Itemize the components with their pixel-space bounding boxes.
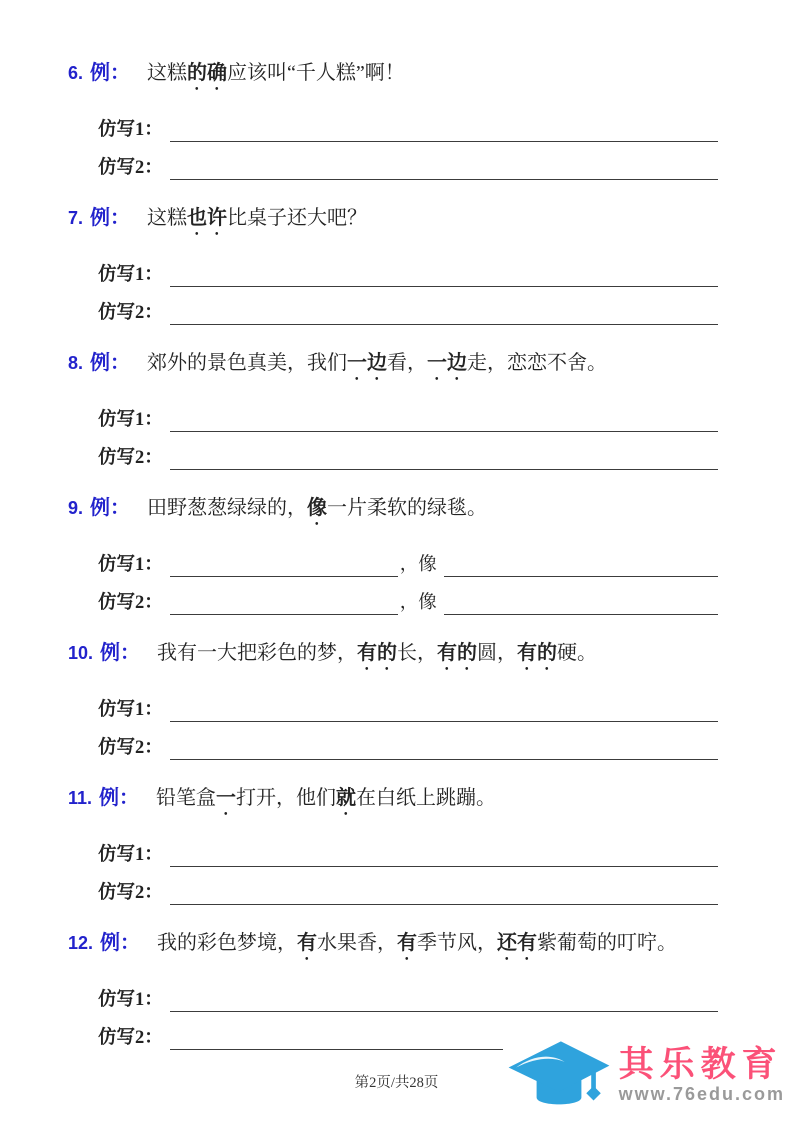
answer-blank[interactable]: [170, 843, 718, 867]
item-number: 9.: [68, 498, 83, 518]
emphasized-text: 像: [307, 497, 327, 519]
graduation-cap-icon: [503, 1032, 615, 1118]
answer-blank[interactable]: [170, 408, 718, 432]
answer-blank[interactable]: [170, 698, 718, 722]
example-sentence: 这糕也许比桌子还大吧？: [147, 207, 367, 229]
imitation-label: 仿写1：: [98, 264, 163, 287]
imitation-row: 仿写1：: [98, 989, 718, 1012]
item-number: 7.: [68, 208, 83, 228]
brand-text: 其乐教育 www.76edu.com: [619, 1046, 785, 1104]
example-label: 例：: [90, 207, 130, 229]
answer-blank[interactable]: [170, 118, 718, 142]
imitation-row: 仿写2：: [98, 882, 718, 905]
example-sentence: 我有一大把彩色的梦，有的长，有的圆，有的硬。: [157, 642, 597, 664]
imitation-label: 仿写2：: [98, 882, 163, 905]
answer-blank[interactable]: [170, 301, 718, 325]
example-heading: 8. 例： 郊外的景色真美，我们一边看，一边走，恋恋不舍。: [68, 349, 718, 385]
sentence-text: 这糕: [147, 62, 187, 84]
answer-blank[interactable]: [170, 988, 718, 1012]
sentence-text: 应该叫“千人糕”啊！: [227, 62, 405, 84]
emphasized-text: 还有: [497, 932, 537, 954]
example-heading: 12. 例： 我的彩色梦境，有水果香，有季节风，还有紫葡萄的叮咛。: [68, 929, 718, 965]
sentence-text: 长，: [397, 642, 437, 664]
exercise-item: 6. 例： 这糕的确应该叫“千人糕”啊！ 仿写1：仿写2：: [0, 50, 793, 195]
item-number: 8.: [68, 353, 83, 373]
sentence-text: 圆，: [477, 642, 517, 664]
example-label: 例：: [90, 497, 130, 519]
exercise-item: 11. 例： 铅笔盒一打开，他们就在白纸上跳蹦。 仿写1：仿写2：: [0, 775, 793, 920]
example-heading: 7. 例： 这糕也许比桌子还大吧？: [68, 204, 718, 240]
sentence-text: 郊外的景色真美，我们: [147, 352, 347, 374]
emphasized-text: 有的: [517, 642, 557, 664]
sentence-text: 比桌子还大吧？: [227, 207, 367, 229]
imitation-rows: 仿写1：仿写2：: [68, 409, 718, 470]
emphasized-text: 就: [336, 787, 356, 809]
exercise-item: 10. 例： 我有一大把彩色的梦，有的长，有的圆，有的硬。 仿写1：仿写2：: [0, 630, 793, 775]
sentence-text: 紫葡萄的叮咛。: [537, 932, 677, 954]
sentence-text: 田野葱葱绿绿的，: [147, 497, 307, 519]
sentence-text: 一片柔软的绿毯。: [327, 497, 487, 519]
item-number: 6.: [68, 63, 83, 83]
imitation-row: 仿写1：: [98, 119, 718, 142]
example-label: 例：: [90, 352, 130, 374]
brand-logo: 其乐教育 www.76edu.com: [503, 1032, 785, 1118]
sentence-text: 这糕: [147, 207, 187, 229]
sentence-text: 水果香，: [317, 932, 397, 954]
sentence-text: 看，: [387, 352, 427, 374]
imitation-row: 仿写1：: [98, 699, 718, 722]
answer-blank[interactable]: [170, 156, 718, 180]
answer-blank[interactable]: [170, 553, 398, 577]
example-label: 例：: [90, 62, 130, 84]
sentence-text: 铅笔盒: [156, 787, 216, 809]
imitation-row: 仿写1：: [98, 409, 718, 432]
imitation-rows: 仿写1：仿写2：: [68, 699, 718, 760]
imitation-row: 仿写2：: [98, 447, 718, 470]
answer-blank[interactable]: [170, 736, 718, 760]
answer-blank[interactable]: [170, 263, 718, 287]
mid-label: ，像: [400, 592, 437, 615]
answer-blank[interactable]: [170, 591, 398, 615]
imitation-rows: 仿写1：，像仿写2：，像: [68, 554, 718, 615]
imitation-rows: 仿写1：仿写2：: [68, 119, 718, 180]
imitation-row: 仿写1：: [98, 264, 718, 287]
example-sentence: 我的彩色梦境，有水果香，有季节风，还有紫葡萄的叮咛。: [157, 932, 677, 954]
imitation-rows: 仿写1：仿写2：: [68, 264, 718, 325]
imitation-label: 仿写2：: [98, 1027, 163, 1050]
emphasized-text: 也许: [187, 207, 227, 229]
imitation-label: 仿写1：: [98, 989, 163, 1012]
sentence-text: 打开，他们: [236, 787, 336, 809]
exercise-item: 7. 例： 这糕也许比桌子还大吧？ 仿写1：仿写2：: [0, 195, 793, 340]
exercise-item: 8. 例： 郊外的景色真美，我们一边看，一边走，恋恋不舍。 仿写1：仿写2：: [0, 340, 793, 485]
emphasized-text: 的确: [187, 62, 227, 84]
item-number: 12.: [68, 933, 93, 953]
sentence-text: 我的彩色梦境，: [157, 932, 297, 954]
example-sentence: 铅笔盒一打开，他们就在白纸上跳蹦。: [156, 787, 496, 809]
example-label: 例：: [100, 642, 140, 664]
item-number: 11.: [68, 788, 92, 808]
imitation-label: 仿写1：: [98, 554, 163, 577]
emphasized-text: 有: [297, 932, 317, 954]
imitation-label: 仿写1：: [98, 409, 163, 432]
imitation-label: 仿写2：: [98, 302, 163, 325]
emphasized-text: 一边: [347, 352, 387, 374]
emphasized-text: 有的: [437, 642, 477, 664]
imitation-label: 仿写1：: [98, 119, 163, 142]
imitation-row: 仿写1：，像: [98, 554, 718, 577]
emphasized-text: 有的: [357, 642, 397, 664]
imitation-row: 仿写2：，像: [98, 592, 718, 615]
sentence-text: 走，恋恋不舍。: [467, 352, 607, 374]
example-sentence: 田野葱葱绿绿的，像一片柔软的绿毯。: [147, 497, 487, 519]
example-sentence: 这糕的确应该叫“千人糕”啊！: [147, 62, 405, 84]
answer-blank[interactable]: [444, 553, 718, 577]
imitation-label: 仿写1：: [98, 699, 163, 722]
emphasized-text: 一: [216, 787, 236, 809]
imitation-rows: 仿写1：仿写2：: [68, 844, 718, 905]
sentence-text: 硬。: [557, 642, 597, 664]
example-heading: 9. 例： 田野葱葱绿绿的，像一片柔软的绿毯。: [68, 494, 718, 530]
imitation-label: 仿写2：: [98, 737, 163, 760]
item-number: 10.: [68, 643, 93, 663]
sentence-text: 季节风，: [417, 932, 497, 954]
imitation-label: 仿写2：: [98, 447, 163, 470]
sentence-text: 在白纸上跳蹦。: [356, 787, 496, 809]
example-heading: 11. 例： 铅笔盒一打开，他们就在白纸上跳蹦。: [68, 784, 718, 820]
imitation-row: 仿写2：: [98, 737, 718, 760]
example-label: 例：: [99, 787, 139, 809]
answer-blank[interactable]: [170, 446, 718, 470]
imitation-label: 仿写1：: [98, 844, 163, 867]
mid-label: ，像: [400, 554, 437, 577]
brand-website: www.76edu.com: [619, 1084, 785, 1104]
imitation-row: 仿写2：: [98, 157, 718, 180]
answer-blank[interactable]: [170, 881, 718, 905]
emphasized-text: 一边: [427, 352, 467, 374]
sentence-text: 我有一大把彩色的梦，: [157, 642, 357, 664]
example-heading: 6. 例： 这糕的确应该叫“千人糕”啊！: [68, 59, 718, 95]
imitation-label: 仿写2：: [98, 592, 163, 615]
imitation-row: 仿写2：: [98, 302, 718, 325]
emphasized-text: 有: [397, 932, 417, 954]
worksheet-page: 6. 例： 这糕的确应该叫“千人糕”啊！ 仿写1：仿写2： 7. 例： 这糕也许…: [0, 0, 793, 1122]
exercise-item: 9. 例： 田野葱葱绿绿的，像一片柔软的绿毯。 仿写1：，像仿写2：，像: [0, 485, 793, 630]
example-sentence: 郊外的景色真美，我们一边看，一边走，恋恋不舍。: [147, 352, 607, 374]
exercise-list: 6. 例： 这糕的确应该叫“千人糕”啊！ 仿写1：仿写2： 7. 例： 这糕也许…: [0, 50, 793, 1065]
answer-blank[interactable]: [444, 591, 718, 615]
example-label: 例：: [100, 932, 140, 954]
brand-name: 其乐教育: [619, 1046, 783, 1084]
imitation-label: 仿写2：: [98, 157, 163, 180]
imitation-row: 仿写1：: [98, 844, 718, 867]
example-heading: 10. 例： 我有一大把彩色的梦，有的长，有的圆，有的硬。: [68, 639, 718, 675]
